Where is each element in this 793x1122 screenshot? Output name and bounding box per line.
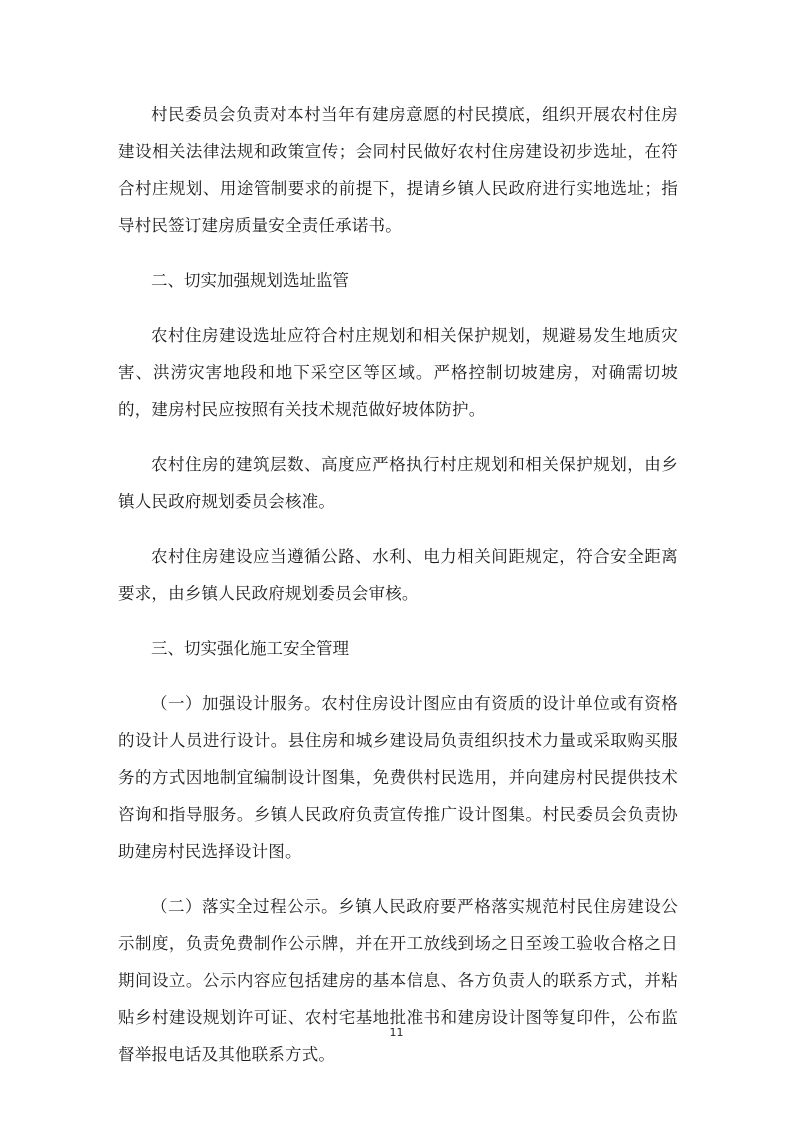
document-page: 村民委员会负责对本村当年有建房意愿的村民摸底，组织开展农村住房建设相关法律法规和… bbox=[118, 96, 678, 1091]
paragraph-design-services: （一）加强设计服务。农村住房设计图应由有资质的设计单位或有资格的设计人员进行设计… bbox=[118, 685, 678, 870]
paragraph-site-selection: 农村住房建设选址应符合村庄规划和相关保护规划，规避易发生地质灾害、洪涝灾害地段和… bbox=[118, 317, 678, 428]
page-number: 11 bbox=[0, 1026, 793, 1039]
paragraph-village-committee-duties: 村民委员会负责对本村当年有建房意愿的村民摸底，组织开展农村住房建设相关法律法规和… bbox=[118, 96, 678, 244]
section-heading-planning-supervision: 二、切实加强规划选址监管 bbox=[118, 262, 678, 299]
paragraph-safety-distance: 农村住房建设应当遵循公路、水利、电力相关间距规定，符合安全距离要求，由乡镇人民政… bbox=[118, 538, 678, 612]
paragraph-building-height: 农村住房的建筑层数、高度应严格执行村庄规划和相关保护规划，由乡镇人民政府规划委员… bbox=[118, 446, 678, 520]
paragraph-public-notice: （二）落实全过程公示。乡镇人民政府要严格落实规范村民住房建设公示制度，负责免费制… bbox=[118, 888, 678, 1073]
section-heading-construction-safety: 三、切实强化施工安全管理 bbox=[118, 630, 678, 667]
